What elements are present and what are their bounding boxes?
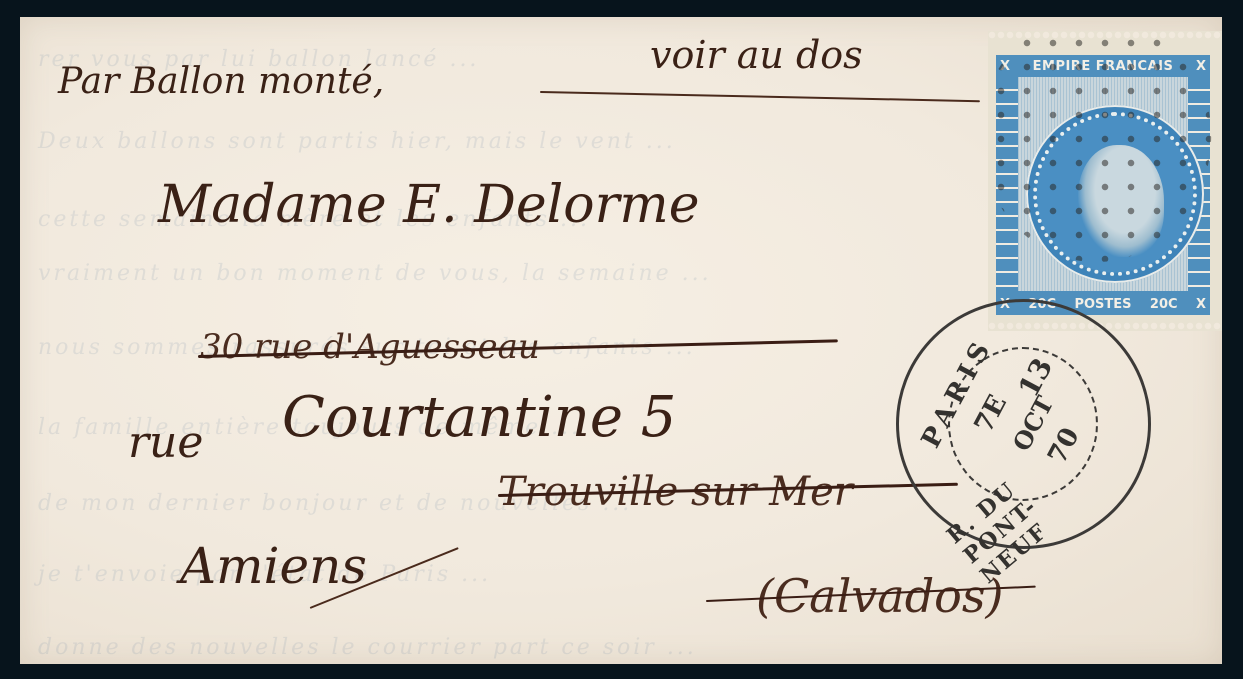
verso-note: voir au dos <box>650 33 863 77</box>
new-street-prefix: rue <box>128 417 203 468</box>
postage-stamp: X EMPIRE FRANCAIS X X 20C POSTES 20C X <box>988 31 1222 331</box>
paris-postmark: PARIS R. DU PONT-NEUF 7E 13 OCT 70 <box>896 299 1151 549</box>
recipient-name: Madame E. Delorme <box>158 175 700 235</box>
postal-cover: rer vous par lui ballon lancé ... Deux b… <box>20 17 1222 664</box>
corner-x-icon: X <box>1196 59 1206 74</box>
new-town: Amiens <box>180 537 367 595</box>
corner-x-icon: X <box>1196 297 1206 312</box>
routing-annotation: Par Ballon monté, <box>58 61 384 102</box>
new-street-name: Courtantine 5 <box>282 385 676 450</box>
stamp-value-right: 20C <box>1150 297 1178 312</box>
routing-underline <box>540 91 980 102</box>
